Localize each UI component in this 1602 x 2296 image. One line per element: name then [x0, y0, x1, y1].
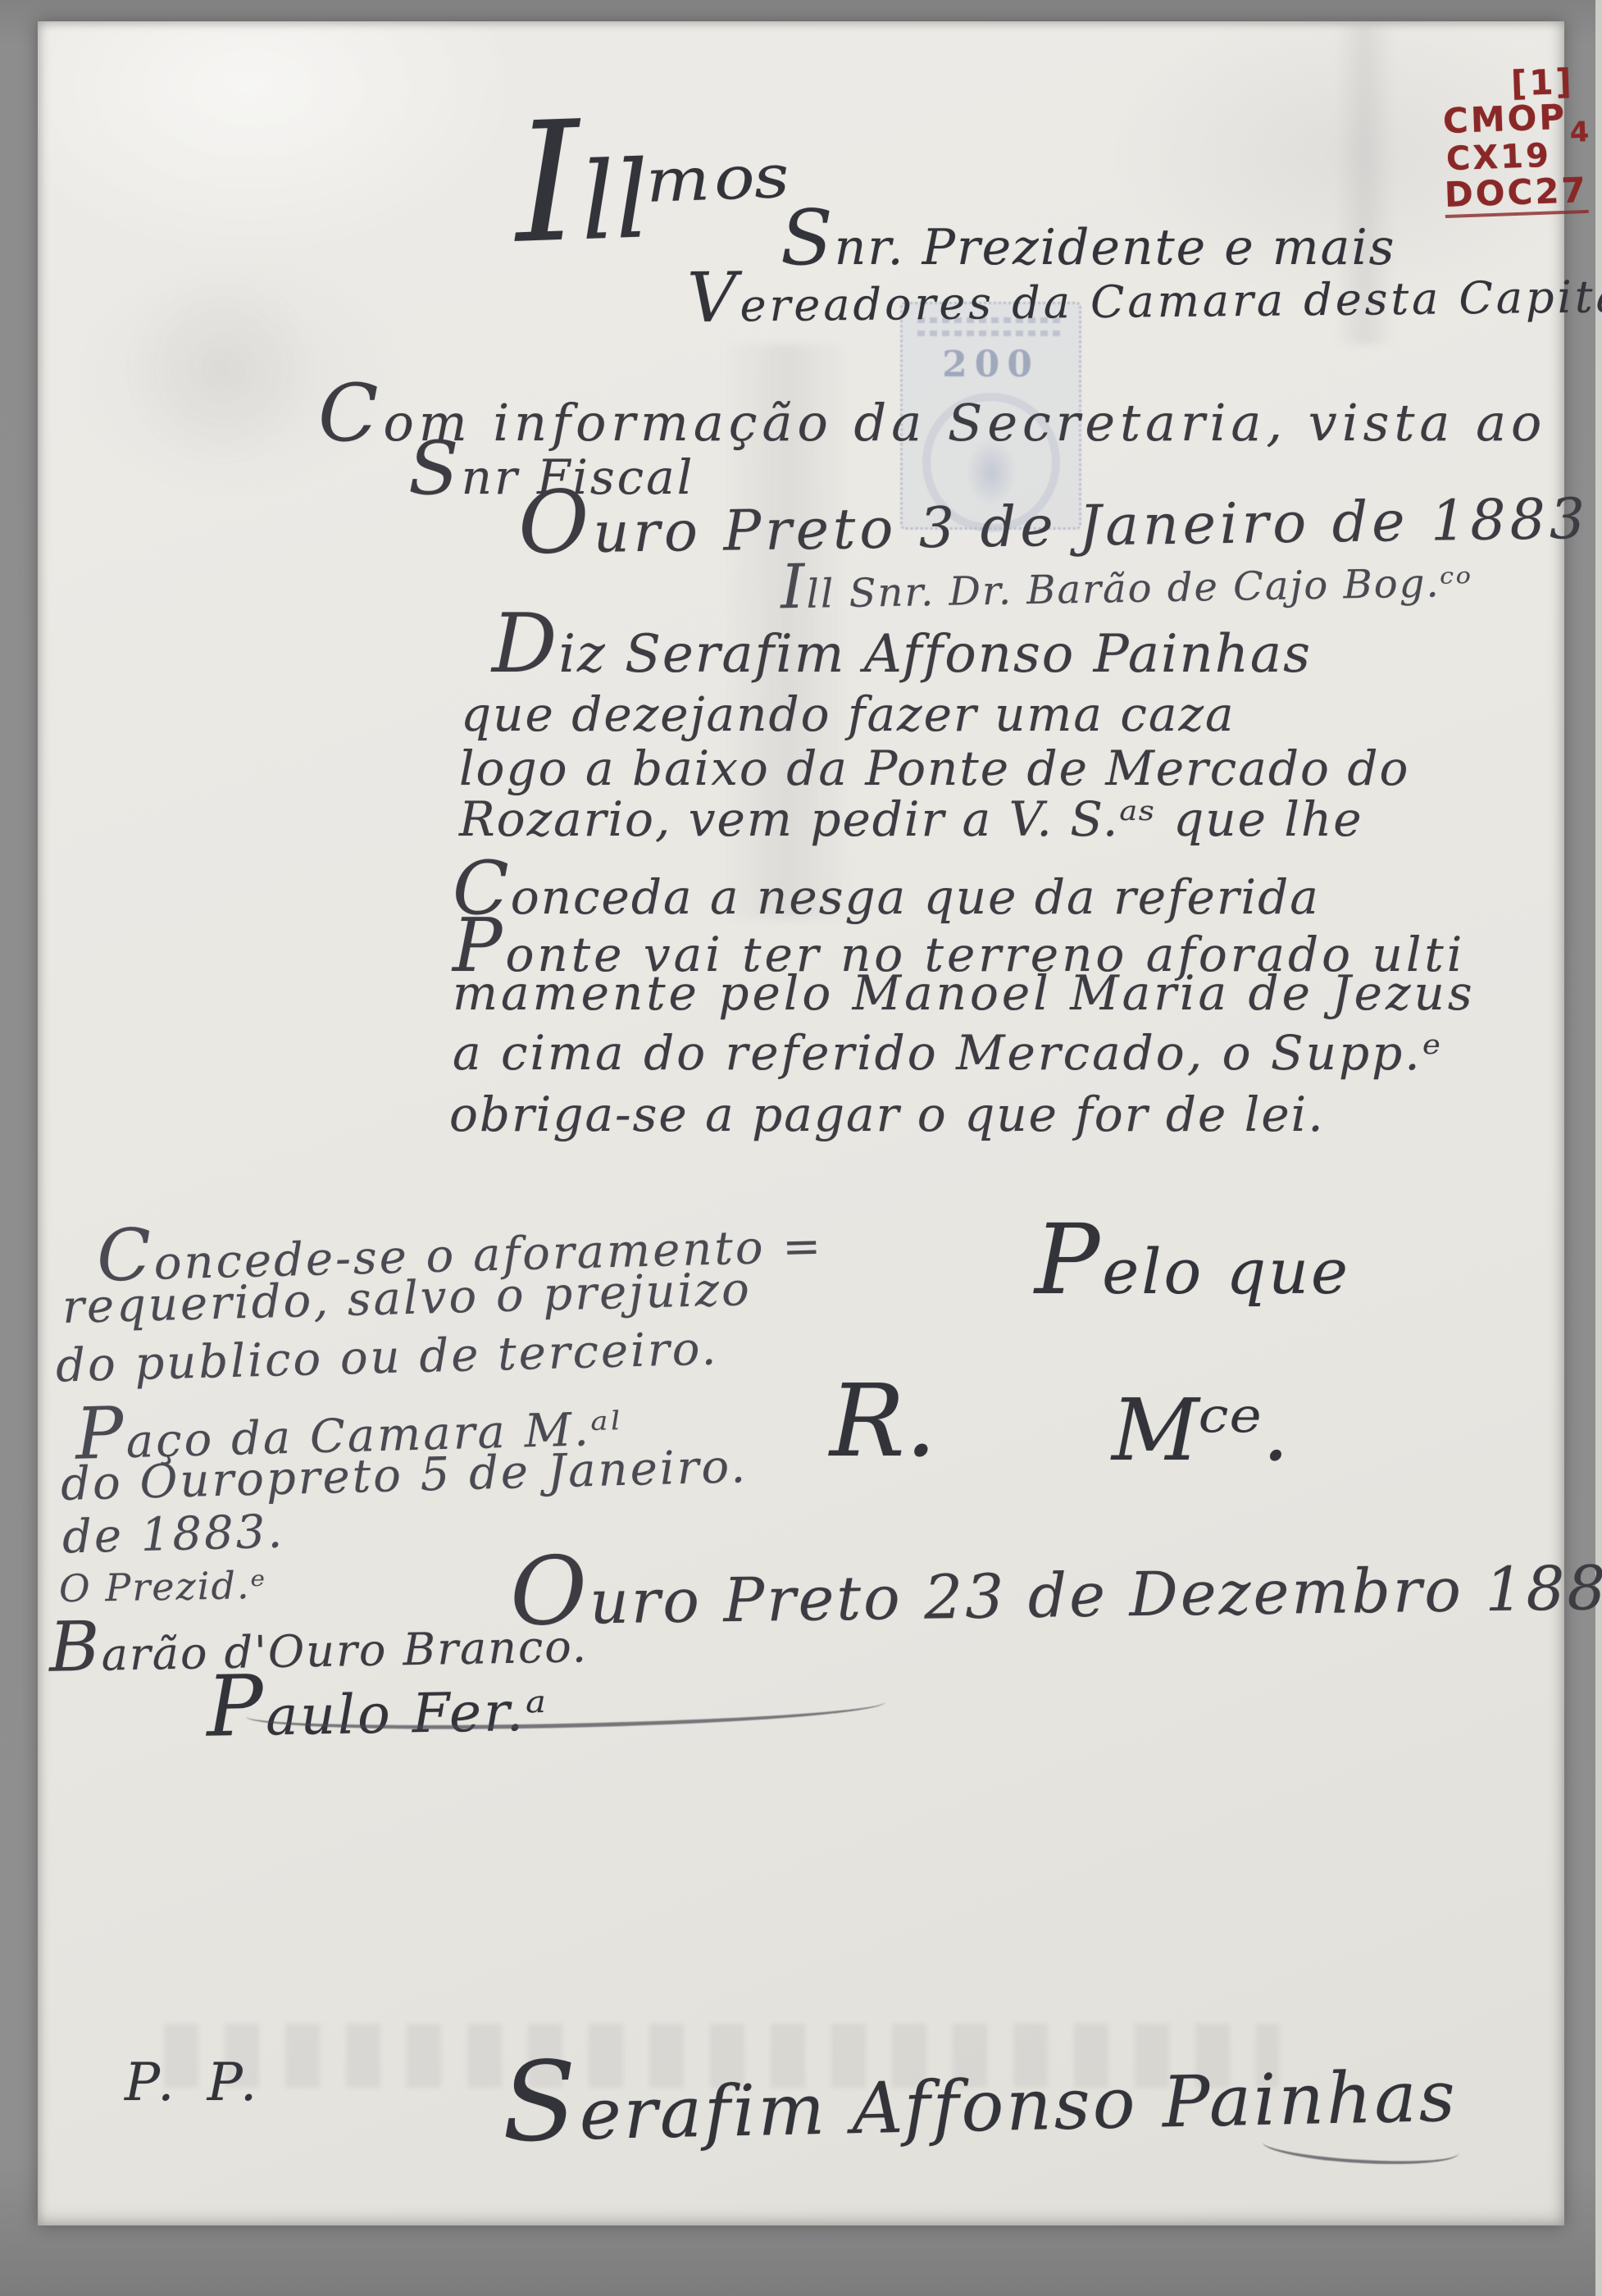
footer-initials: P. P. [125, 2057, 265, 2109]
archival-mark-document: DOC27 [1444, 173, 1588, 218]
petition-line: mamente pelo Manoel Maria de Jezus [453, 969, 1476, 1017]
archival-mark-page-number: [1] [1510, 65, 1574, 102]
scanner-edge-highlight [1595, 0, 1602, 2296]
petition-line: Rozario, vem pedir a V. S.ᵃˢ que lhe [459, 795, 1363, 843]
erm-formula-m: Mᶜᵉ. [1112, 1387, 1289, 1473]
stamp-inscription-line [917, 330, 1064, 336]
petition-line: obriga-se a pagar o que for de lei. [449, 1091, 1325, 1138]
petition-line: Diz Serafim Affonso Painhas [492, 604, 1312, 685]
despacho-line: de 1883. [61, 1509, 284, 1560]
erm-formula-r: R. [830, 1371, 937, 1471]
archival-mark-fonds-number: 4 [1569, 116, 1592, 148]
despacho-signer-title: O Prezid.ᵉ [59, 1566, 267, 1607]
archival-mark-box: CX19 [1445, 139, 1551, 175]
document-scan: 200 [1] CMOP4 CX19 DOC27 Illᵐᵒˢ Snr. Pre… [0, 0, 1602, 2296]
petition-closing: Pelo que [1035, 1212, 1350, 1309]
petition-line: que dezejando fazer uma caza [461, 690, 1236, 738]
heading-addressees-line: Vereadores da Camara desta Capital [687, 254, 1602, 333]
heading-salutation-monogram: Illᵐᵒˢ [512, 92, 794, 266]
archival-mark-fonds: CMOP4 [1442, 99, 1589, 139]
petition-line: logo a baixo da Ponte de Mercado do [459, 745, 1409, 792]
petition-dateline: Ouro Preto 23 de Dezembro 1882 [509, 1530, 1602, 1640]
petition-line: a cima do referido Mercado, o Supp.ᵉ [453, 1029, 1443, 1077]
archival-mark-fonds-code: CMOP [1442, 97, 1568, 141]
